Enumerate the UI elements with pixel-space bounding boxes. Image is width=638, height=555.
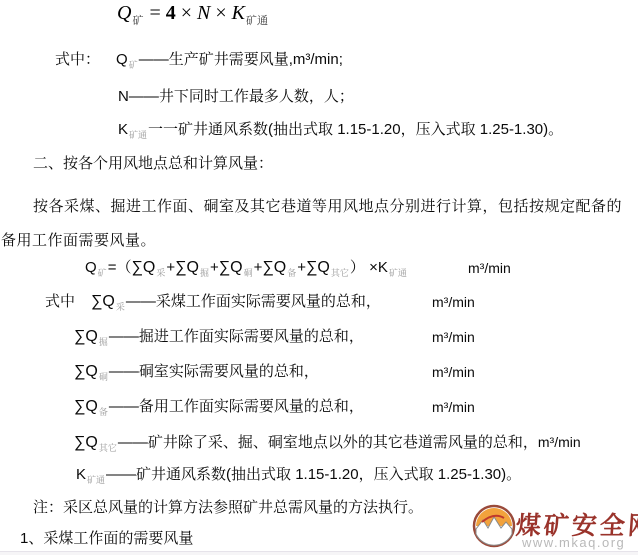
sum-term-dongshi: ∑Q (219, 259, 243, 276)
def-term-qita-subscript: 其它 (99, 443, 117, 453)
def-term-juejin-subscript: 掘 (99, 337, 108, 347)
def-desc: ——掘进工作面实际需要风量的总和， (109, 328, 364, 345)
def-term-caimei-subscript: 采 (116, 302, 125, 312)
def-desc: ——硐室实际需要风量的总和， (109, 363, 319, 380)
item1-heading: 1、采煤工作面的需要风量 (20, 529, 193, 549)
sum-term-juejin: ∑Q (175, 259, 199, 276)
def-term-dongshi: ∑Q (74, 363, 98, 380)
formula-mine-total-air: Q矿 = 4 × N × K矿通 (117, 2, 269, 25)
where-label: 式中： (55, 51, 100, 68)
formula-k-subscript: 矿通 (246, 15, 268, 27)
formula-q-subscript: 矿 (132, 15, 143, 27)
coefficient-4: 4 (166, 2, 176, 24)
def-unit: m³/min (432, 327, 475, 347)
def-desc: ——备用工作面实际需要风量的总和， (109, 398, 364, 415)
section2-heading: 二、按各个用风地点总和计算风量： (33, 154, 273, 174)
def-unit: m³/min (432, 292, 475, 312)
term-k-subscript: 矿通 (129, 130, 147, 140)
def-desc: ——矿井除了采、掘、硐室地点以外的其它巷道需风量的总和， (118, 434, 538, 451)
def-desc: ——矿井通风系数(抽出式取 1.15-1.20，压入式取 1.25-1.30)。 (106, 466, 521, 483)
definition-row: ∑Q掘——掘进工作面实际需要风量的总和， (74, 327, 364, 348)
formula2-k-subscript: 矿通 (389, 268, 407, 278)
definition-row: 式中∑Q采——采煤工作面实际需要风量的总和， (45, 292, 381, 313)
def-unit: m³/min (432, 362, 475, 382)
plus-sign: + (210, 259, 219, 276)
formula2-lhs-subscript: 矿 (98, 268, 107, 278)
def-unit: m³/min (538, 434, 581, 450)
def-unit: m³/min (432, 397, 475, 417)
close-paren: ） (350, 259, 365, 276)
formula-sum-air: Q矿=（∑Q采+∑Q掘+∑Q硐+∑Q备+∑Q其它） ×K矿通 (85, 258, 408, 279)
bottom-divider (0, 551, 638, 555)
plus-sign: + (166, 259, 175, 276)
definition-row: ∑Q硐——硐室实际需要风量的总和， (74, 362, 319, 383)
term-k-description: 一一矿井通风系数(抽出式取 1.15-1.20，压入式取 1.25-1.30)。 (148, 121, 563, 138)
note-line: 注：采区总风量的计算方法参照矿井总需风量的方法执行。 (33, 498, 423, 518)
sum-term-juejin-subscript: 掘 (200, 268, 209, 278)
definition-row: ∑Q备——备用工作面实际需要风量的总和， (74, 397, 364, 418)
sum-term-qita: ∑Q (306, 259, 330, 276)
sum-term-beiyong: ∑Q (262, 259, 286, 276)
formula-n-symbol: N (197, 2, 210, 24)
multiply-sign: × (210, 2, 231, 24)
sum-term-caimei-subscript: 采 (156, 268, 165, 278)
def-term-k: K (76, 466, 86, 483)
term-k-line: K矿通一一矿井通风系数(抽出式取 1.15-1.20，压入式取 1.25-1.3… (118, 120, 563, 141)
formula2-equals-paren: =（ (108, 259, 132, 276)
plus-sign: + (297, 259, 306, 276)
def-term-beiyong: ∑Q (74, 398, 98, 415)
def-term-dongshi-subscript: 硐 (99, 372, 108, 382)
definition-row: ∑Q其它——矿井除了采、掘、硐室地点以外的其它巷道需风量的总和，m³/min (74, 432, 581, 454)
sum-term-qita-subscript: 其它 (331, 268, 349, 278)
def-desc: ——采煤工作面实际需要风量的总和， (126, 293, 381, 310)
def-term-beiyong-subscript: 备 (99, 407, 108, 417)
formula-q-symbol: Q (117, 2, 131, 24)
section2-paragraph: 按各采煤、掘进工作面、硐室及其它巷道等用风地点分别进行计算，包括按规定配备的备用… (1, 190, 637, 258)
def-term-qita: ∑Q (74, 434, 98, 451)
term-q: Q (116, 51, 128, 68)
def-term-caimei: ∑Q (91, 293, 115, 310)
where-intro-line: 式中：Q矿——生产矿井需要风量,m³/min; (55, 50, 343, 71)
sum-term-caimei: ∑Q (131, 259, 155, 276)
term-q-description: ——生产矿井需要风量,m³/min; (139, 51, 343, 68)
sun-mountain-logo-icon (472, 504, 516, 548)
sum-term-dongshi-subscript: 硐 (244, 268, 253, 278)
formula2-unit: m³/min (468, 258, 511, 278)
multiply-sign: × (365, 259, 378, 276)
sum-term-beiyong-subscript: 备 (287, 268, 296, 278)
term-n-line: N——井下同时工作最多人数，人； (118, 87, 354, 107)
equals-sign: = (144, 2, 165, 24)
multiply-sign: × (176, 2, 197, 24)
formula2-k: K (378, 259, 388, 276)
def-term-k-subscript: 矿通 (87, 475, 105, 485)
formula2-lhs: Q (85, 259, 97, 276)
formula-k-symbol: K (232, 2, 245, 24)
watermark-site-url: www.mkaq.org (522, 535, 625, 550)
def-term-juejin: ∑Q (74, 328, 98, 345)
definition-row: K矿通——矿井通风系数(抽出式取 1.15-1.20，压入式取 1.25-1.3… (76, 465, 521, 486)
term-q-subscript: 矿 (129, 60, 138, 70)
where2-label: 式中 (45, 293, 75, 310)
term-k: K (118, 121, 128, 138)
